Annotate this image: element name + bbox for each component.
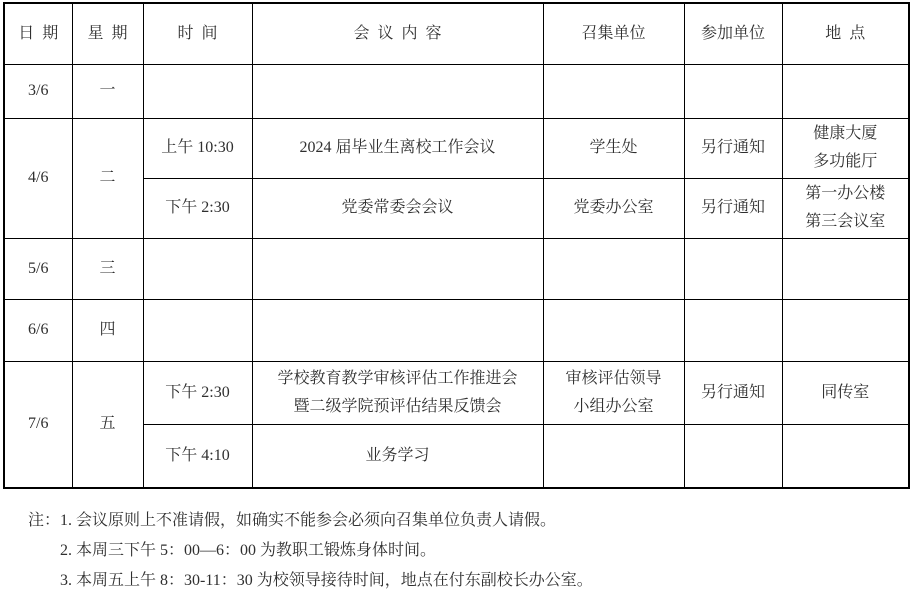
cell-location (782, 238, 909, 299)
cell-location: 同传室 (782, 361, 909, 424)
cell-time (143, 299, 252, 361)
cell-convener (543, 238, 684, 299)
cell-location (782, 424, 909, 488)
header-time: 时 间 (143, 3, 252, 64)
cell-participants: 另行通知 (684, 361, 782, 424)
footnote-prefix: 注： (28, 506, 60, 596)
cell-week: 二 (72, 118, 143, 238)
footnotes: 注： 1. 会议原则上不准请假，如确实不能参会必须向召集单位负责人请假。 2. … (28, 506, 593, 596)
cell-convener (543, 424, 684, 488)
cell-location: 健康大厦 多功能厅 (782, 118, 909, 178)
cell-date: 3/6 (4, 64, 72, 118)
footnote-item: 1. 会议原则上不准请假，如确实不能参会必须向召集单位负责人请假。 (60, 506, 593, 536)
header-week: 星 期 (72, 3, 143, 64)
table-row-thu: 6/6 四 (4, 299, 909, 361)
cell-date: 4/6 (4, 118, 72, 238)
cell-date: 6/6 (4, 299, 72, 361)
cell-content: 党委常委会会议 (252, 178, 543, 238)
cell-participants: 另行通知 (684, 178, 782, 238)
schedule-page: 日 期 星 期 时 间 会 议 内 容 召集单位 参加单位 地 点 3/6 一 … (0, 0, 912, 587)
table-row-tue-1: 4/6 二 上午 10:30 2024 届毕业生离校工作会议 学生处 另行通知 … (4, 118, 909, 178)
cell-convener: 学生处 (543, 118, 684, 178)
cell-date: 7/6 (4, 361, 72, 488)
cell-convener (543, 299, 684, 361)
table-row-fri-1: 7/6 五 下午 2:30 学校教育教学审核评估工作推进会 暨二级学院预评估结果… (4, 361, 909, 424)
cell-time: 上午 10:30 (143, 118, 252, 178)
footnote-item: 2. 本周三下午 5：00—6：00 为教职工锻炼身体时间。 (60, 536, 593, 566)
cell-date: 5/6 (4, 238, 72, 299)
cell-participants (684, 238, 782, 299)
cell-time (143, 64, 252, 118)
cell-week: 五 (72, 361, 143, 488)
cell-week: 四 (72, 299, 143, 361)
header-row: 日 期 星 期 时 间 会 议 内 容 召集单位 参加单位 地 点 (4, 3, 909, 64)
cell-participants (684, 299, 782, 361)
cell-content (252, 238, 543, 299)
cell-time: 下午 4:10 (143, 424, 252, 488)
cell-content: 业务学习 (252, 424, 543, 488)
cell-location: 第一办公楼 第三会议室 (782, 178, 909, 238)
cell-time (143, 238, 252, 299)
cell-location (782, 64, 909, 118)
cell-location (782, 299, 909, 361)
header-convener: 召集单位 (543, 3, 684, 64)
cell-content (252, 64, 543, 118)
header-content: 会 议 内 容 (252, 3, 543, 64)
table-row-mon: 3/6 一 (4, 64, 909, 118)
table-row-wed: 5/6 三 (4, 238, 909, 299)
cell-time: 下午 2:30 (143, 178, 252, 238)
cell-participants (684, 424, 782, 488)
cell-convener (543, 64, 684, 118)
cell-week: 三 (72, 238, 143, 299)
cell-content: 2024 届毕业生离校工作会议 (252, 118, 543, 178)
cell-participants: 另行通知 (684, 118, 782, 178)
footnote-item: 3. 本周五上午 8：30-11：30 为校领导接待时间，地点在付东副校长办公室… (60, 566, 593, 596)
cell-time: 下午 2:30 (143, 361, 252, 424)
footnote-list: 1. 会议原则上不准请假，如确实不能参会必须向召集单位负责人请假。 2. 本周三… (60, 506, 593, 596)
cell-week: 一 (72, 64, 143, 118)
cell-content (252, 299, 543, 361)
header-date: 日 期 (4, 3, 72, 64)
cell-convener: 审核评估领导 小组办公室 (543, 361, 684, 424)
cell-participants (684, 64, 782, 118)
header-participants: 参加单位 (684, 3, 782, 64)
header-location: 地 点 (782, 3, 909, 64)
meeting-schedule-table: 日 期 星 期 时 间 会 议 内 容 召集单位 参加单位 地 点 3/6 一 … (3, 2, 910, 489)
cell-content: 学校教育教学审核评估工作推进会 暨二级学院预评估结果反馈会 (252, 361, 543, 424)
cell-convener: 党委办公室 (543, 178, 684, 238)
